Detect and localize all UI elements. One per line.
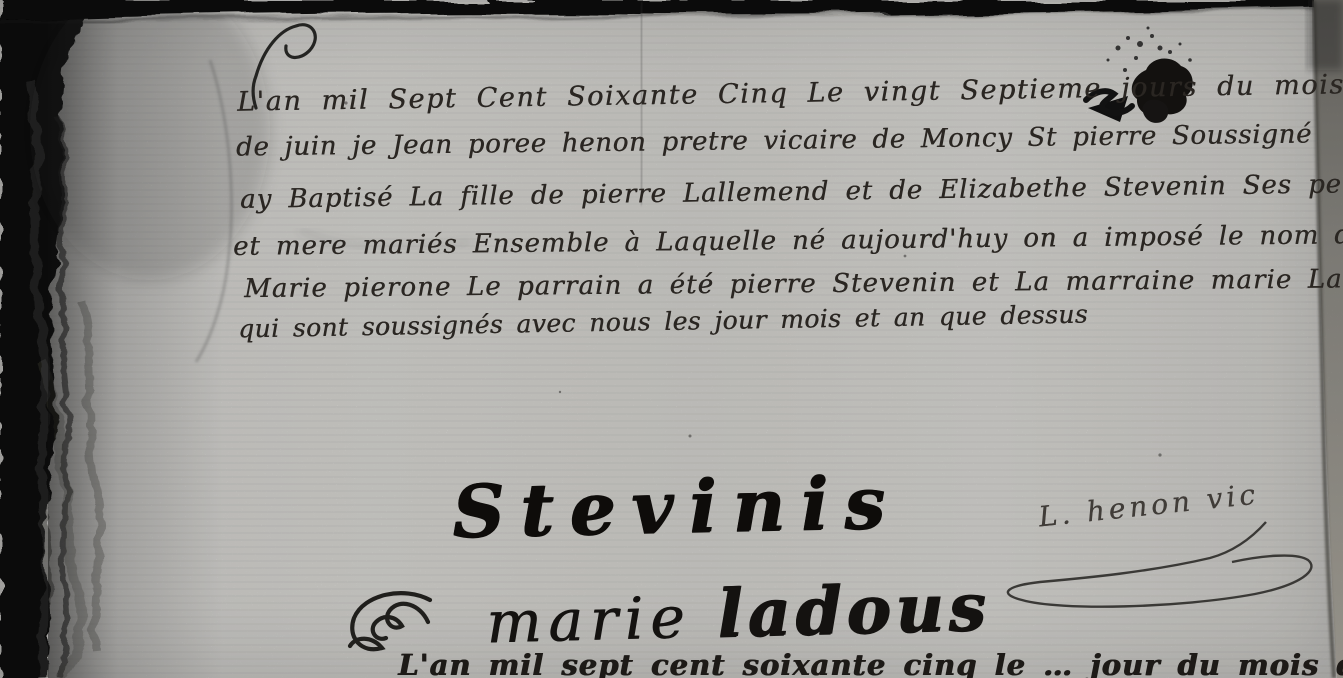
signature-godmother-first: marie — [485, 583, 718, 657]
scanned-register-page: L'an mil Sept Cent Soixante Cinq Le ving… — [0, 0, 1343, 678]
signature-godmother-last: ladous — [716, 567, 991, 652]
signature-godmother: marieladous — [485, 567, 991, 658]
next-record-partial-line: L'an mil sept cent soixante cinq le … jo… — [398, 648, 1343, 678]
signature-godfather: Stevinis — [451, 459, 901, 553]
